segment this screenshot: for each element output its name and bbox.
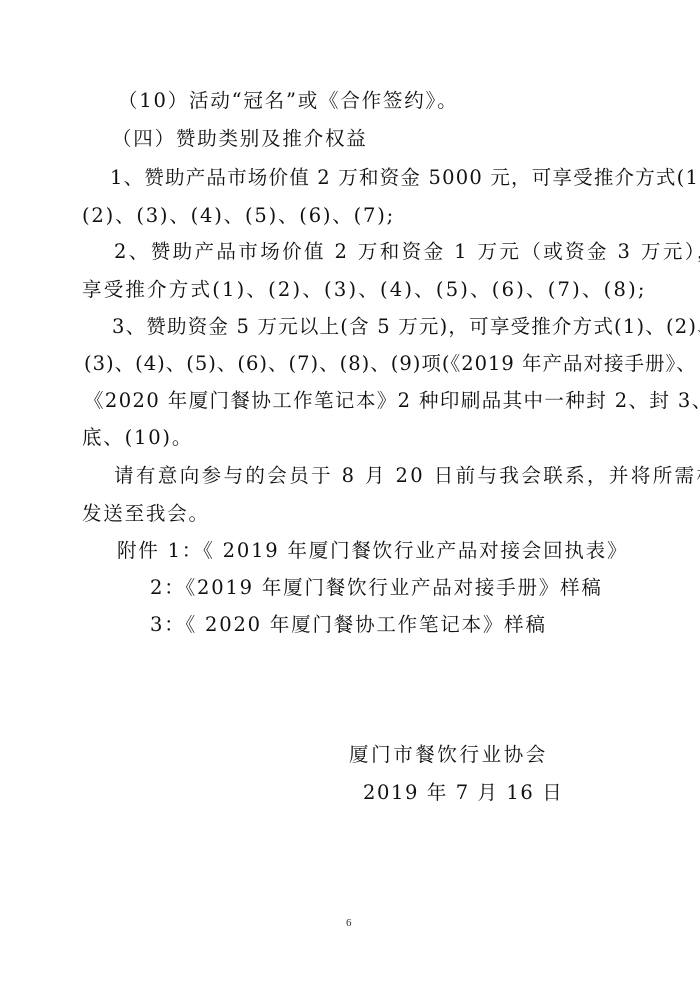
contact-request-cont: 发送至我会。 <box>82 502 210 526</box>
attachment-1: 附件 1：《 2019 年厦门餐饮行业产品对接会回执表》 <box>117 539 628 563</box>
signature-date: 2019 年 7 月 16 日 <box>363 781 563 805</box>
sponsorship-tier-3-cont-3: 底、(10)。 <box>82 426 193 450</box>
contact-request: 请有意向参与的会员于 8 月 20 日前与我会联系，并将所需材料 <box>114 464 700 488</box>
sponsorship-tier-2-cont: 享受推介方式(1)、(2)、(3)、(4)、(5)、(6)、(7)、(8); <box>82 278 647 302</box>
sponsorship-tier-3-cont-2: 《2020 年厦门餐协工作笔记本》2 种印刷品其中一种封 2、封 3、封 <box>84 389 700 413</box>
sponsorship-tier-1-cont: (2)、(3)、(4)、(5)、(6)、(7); <box>82 204 395 228</box>
attachment-3: 3：《 2020 年厦门餐协工作笔记本》样稿 <box>150 613 547 637</box>
sponsorship-tier-3-cont: (3)、(4)、(5)、(6)、(7)、(8)、(9)项(《2019 年产品对接… <box>84 352 697 376</box>
sponsorship-tier-1: 1、赞助产品市场价值 2 万和资金 5000 元，可享受推介方式(1)、 <box>110 166 700 190</box>
signature-organization: 厦门市餐饮行业协会 <box>349 743 548 767</box>
sponsorship-tier-3: 3、赞助资金 5 万元以上(含 5 万元)，可享受推介方式(1)、(2)、 <box>112 315 700 339</box>
page-number: 6 <box>346 917 352 929</box>
section-heading-sponsorship: （四）赞助类别及推介权益 <box>112 127 368 151</box>
attachment-2: 2：《2019 年厦门餐饮行业产品对接手册》样稿 <box>150 576 603 600</box>
sponsorship-tier-2: 2、赞助产品市场价值 2 万和资金 1 万元（或资金 3 万元），可 <box>114 240 700 264</box>
item-10-line: （10）活动“冠名”或《合作签约》。 <box>118 89 458 113</box>
